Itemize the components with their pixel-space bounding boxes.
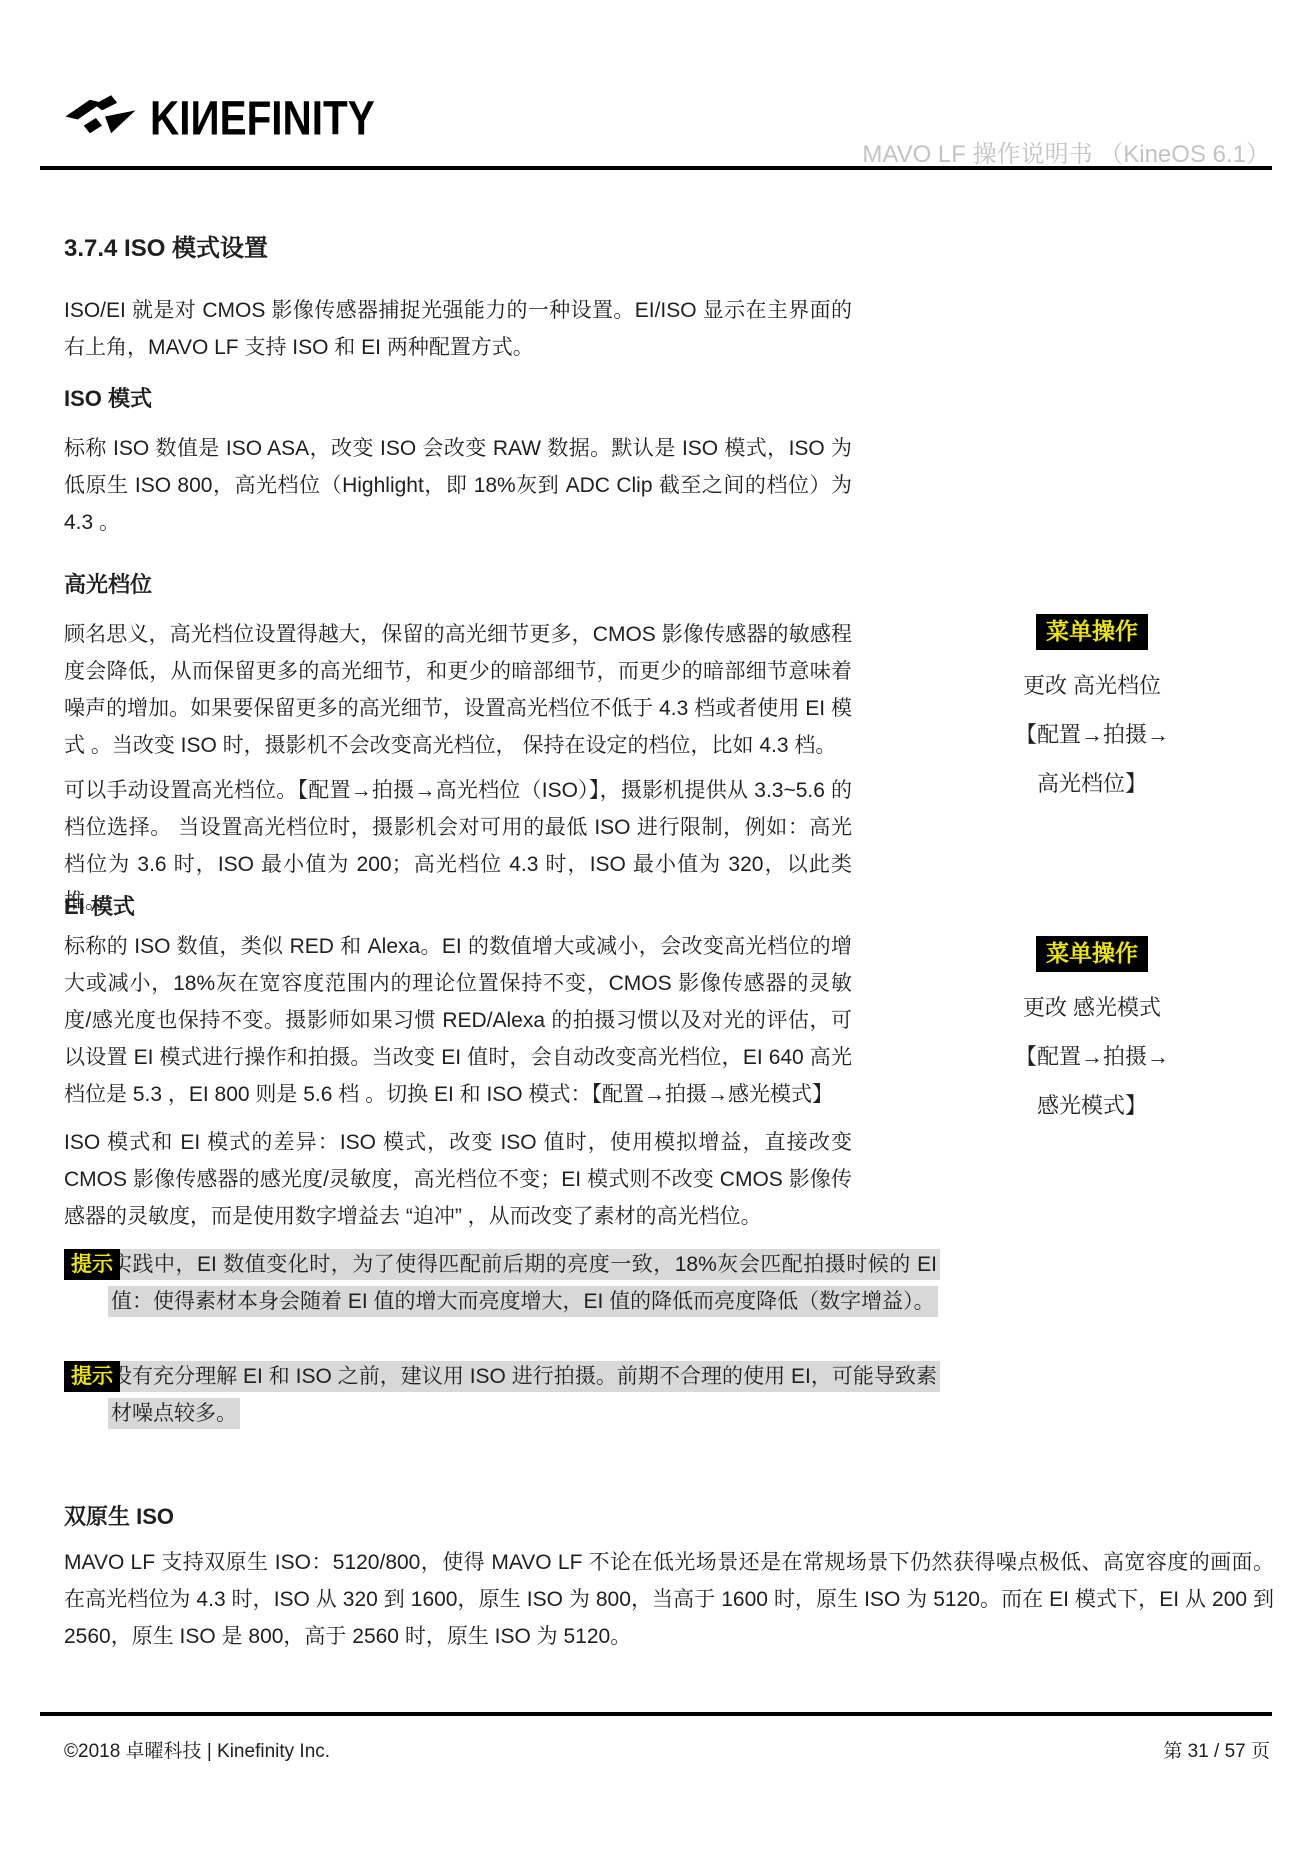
tip-text: 实践中，EI 数值变化时，为了使得匹配前后期的亮度一致，18%灰会匹配拍摄时候的… — [108, 1246, 940, 1320]
menu-operation-badge: 菜单操作 — [1036, 936, 1148, 972]
tip-badge: 提示 — [64, 1361, 120, 1392]
ei-mode-paragraph-2: ISO 模式和 EI 模式的差异：ISO 模式，改变 ISO 值时，使用模拟增益… — [64, 1124, 852, 1235]
menu-operation-path-2: 感光模式】 — [952, 1093, 1232, 1119]
document-title: MAVO LF 操作说明书 （KineOS 6.1） — [862, 134, 1270, 169]
menu-operation-path-2: 高光档位】 — [952, 771, 1232, 797]
ei-mode-heading: EI 模式 — [64, 890, 135, 921]
menu-operation-path-1: 【配置→拍摄→ — [952, 722, 1232, 748]
manual-page: KIИEFINITY MAVO LF 操作说明书 （KineOS 6.1） 3.… — [0, 0, 1312, 1852]
highlight-stop-paragraph-1: 顾名思义，高光档位设置得越大，保留的高光细节更多，CMOS 影像传感器的敏感程度… — [64, 616, 852, 764]
kinefinity-logo-icon — [64, 90, 140, 146]
header-divider — [40, 166, 1272, 170]
section-heading: 3.7.4 ISO 模式设置 — [64, 228, 268, 263]
ei-mode-paragraph-1: 标称的 ISO 数值，类似 RED 和 Alexa。EI 的数值增大或减小，会改… — [64, 928, 852, 1113]
footer-page-number: 第 31 / 57 页 — [1163, 1736, 1270, 1763]
menu-operation-path-1: 【配置→拍摄→ — [952, 1044, 1232, 1070]
highlight-stop-heading: 高光档位 — [64, 568, 152, 599]
iso-mode-heading: ISO 模式 — [64, 382, 152, 413]
highlight-stop-paragraph-2: 可以手动设置高光档位。【配置→拍摄→高光档位（ISO）】，摄影机提供从 3.3~… — [64, 772, 852, 920]
tip-text: 没有充分理解 EI 和 ISO 之前，建议用 ISO 进行拍摄。前期不合理的使用… — [108, 1358, 940, 1432]
menu-operation-action: 更改 高光档位 — [952, 673, 1232, 699]
footer-copyright: ©2018 卓曜科技 | Kinefinity Inc. — [64, 1736, 330, 1763]
menu-operation-action: 更改 感光模式 — [952, 995, 1232, 1021]
tip-block: 提示 没有充分理解 EI 和 ISO 之前，建议用 ISO 进行拍摄。前期不合理… — [64, 1358, 944, 1432]
logo-wordmark: KIИEFINITY — [150, 90, 375, 146]
kinefinity-logo: KIИEFINITY — [64, 90, 405, 146]
menu-operation-note-highlight-stop: 菜单操作 更改 高光档位 【配置→拍摄→ 高光档位】 — [952, 614, 1232, 798]
tip-badge: 提示 — [64, 1249, 120, 1280]
intro-paragraph: ISO/EI 就是对 CMOS 影像传感器捕捉光强能力的一种设置。EI/ISO … — [64, 292, 852, 366]
dual-native-iso-heading: 双原生 ISO — [64, 1500, 174, 1531]
menu-operation-note-exposure-mode: 菜单操作 更改 感光模式 【配置→拍摄→ 感光模式】 — [952, 936, 1232, 1120]
dual-native-iso-paragraph: MAVO LF 支持双原生 ISO：5120/800，使得 MAVO LF 不论… — [64, 1544, 1274, 1655]
menu-operation-badge: 菜单操作 — [1036, 614, 1148, 650]
iso-mode-paragraph: 标称 ISO 数值是 ISO ASA，改变 ISO 会改变 RAW 数据。默认是… — [64, 430, 852, 541]
footer-divider — [40, 1712, 1272, 1716]
tip-block: 提示 实践中，EI 数值变化时，为了使得匹配前后期的亮度一致，18%灰会匹配拍摄… — [64, 1246, 944, 1320]
